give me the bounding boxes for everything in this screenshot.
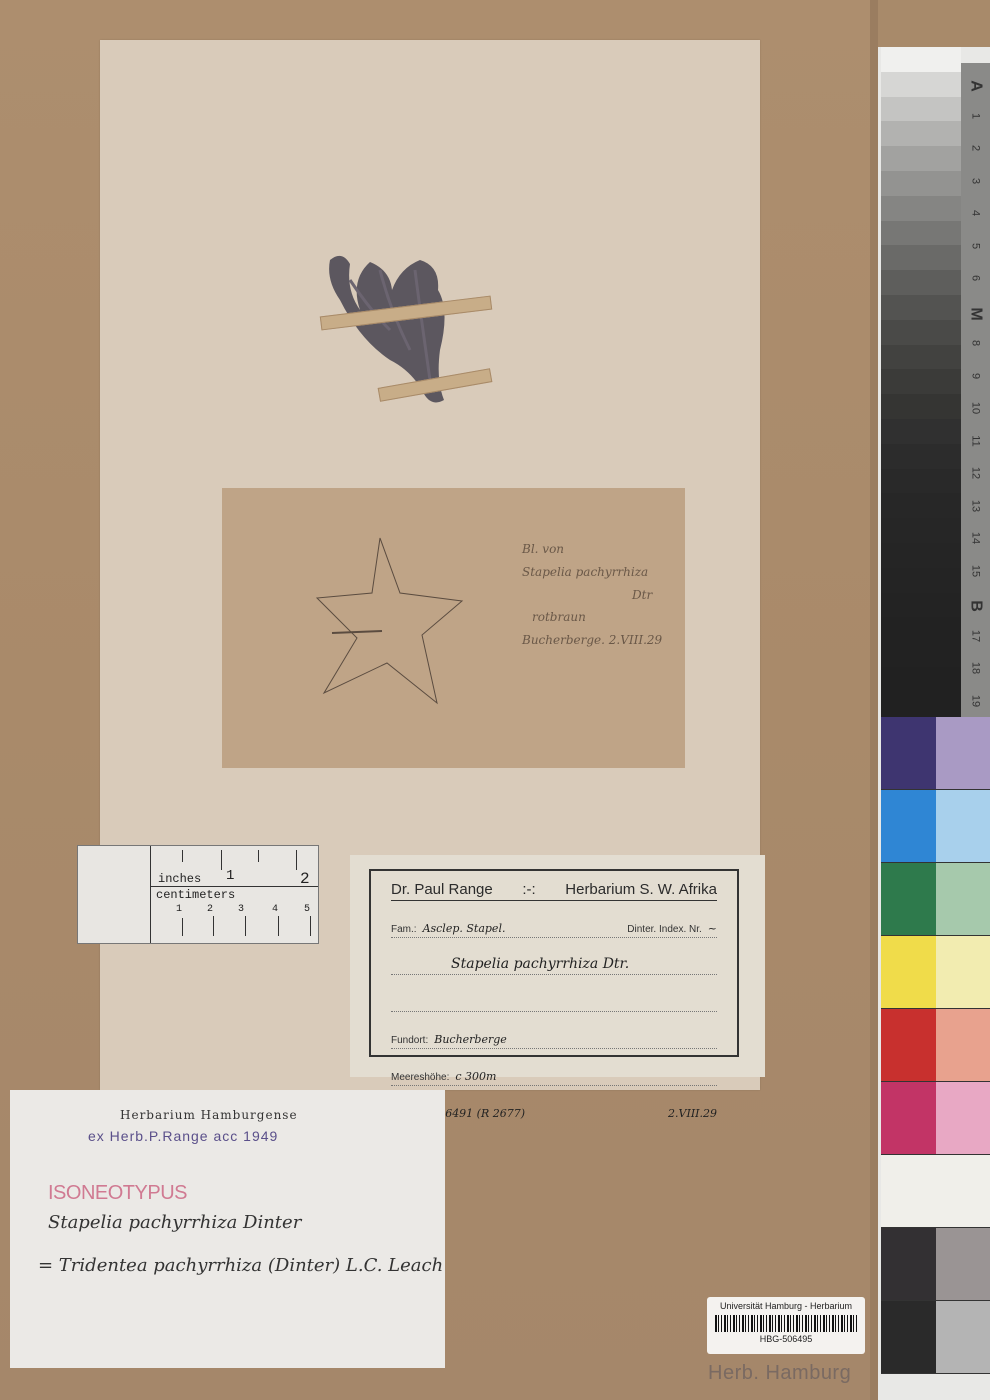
blank-row [391, 983, 717, 1012]
barcode-label: Universität Hamburg - Herbarium HBG-5064… [707, 1297, 865, 1354]
barcode [715, 1315, 857, 1332]
color-swatch [936, 1082, 990, 1155]
gray-step [881, 617, 961, 642]
gray-step [881, 97, 961, 122]
locality-row: Fundort: Bucherberge [391, 1020, 717, 1049]
gray-step [881, 692, 961, 717]
gray-scale-labels: A123456M89101112131415B171819 [961, 63, 990, 717]
gray-step [881, 196, 961, 221]
determination-name: Stapelia pachyrrhiza Dinter [48, 1212, 301, 1233]
color-swatch [881, 1301, 936, 1374]
collector-label-header: Dr. Paul Range :-: Herbarium S. W. Afrik… [391, 871, 717, 901]
scale-label: 8 [970, 331, 982, 356]
scale-label: 11 [970, 428, 982, 453]
gray-step [881, 419, 961, 444]
scale-label: 10 [970, 396, 982, 421]
scale-label: 2 [970, 136, 982, 161]
scale-label: 19 [970, 688, 982, 713]
gray-step [881, 369, 961, 394]
gray-step [881, 493, 961, 518]
gray-step [881, 518, 961, 543]
species-row: Stapelia pachyrrhiza Dtr. [391, 946, 717, 975]
gray-step [881, 295, 961, 320]
gray-step [881, 444, 961, 469]
gray-step [881, 469, 961, 494]
gray-step [881, 667, 961, 692]
scale-label: 9 [970, 363, 982, 388]
color-swatch [936, 1155, 990, 1228]
scale-label: 3 [970, 168, 982, 193]
scale-label: 14 [970, 526, 982, 551]
scale-label: 5 [970, 233, 982, 258]
type-status-stamp: ISONEOTYPUS [48, 1182, 187, 1205]
color-swatch [881, 1228, 936, 1301]
family-row: Fam.: Asclep. Stapel. Dinter. Index. Nr.… [391, 909, 717, 938]
gray-step [881, 72, 961, 97]
color-swatch [881, 1082, 936, 1155]
color-swatch [936, 1301, 990, 1374]
gray-step [881, 320, 961, 345]
gray-step [881, 221, 961, 246]
color-swatch [881, 936, 936, 1009]
color-swatch [881, 1155, 936, 1228]
collector-label: Dr. Paul Range :-: Herbarium S. W. Afrik… [350, 855, 765, 1077]
accession-stamp: ex Herb.P.Range acc 1949 [88, 1128, 278, 1144]
altitude-row: Meereshöhe: c 300m [391, 1057, 717, 1086]
color-swatch [936, 1228, 990, 1301]
color-swatch [881, 790, 936, 863]
sketch-notes: Bl. von Stapelia pachyrrhiza Dtr rotbrau… [522, 538, 662, 652]
color-swatch [881, 1009, 936, 1082]
color-swatch [936, 790, 990, 863]
gray-step [881, 245, 961, 270]
herbarium-hamburgense-label: Herbarium Hamburgense ex Herb.P.Range ac… [10, 1090, 445, 1368]
color-swatch [936, 1009, 990, 1082]
gray-step [881, 568, 961, 593]
scale-ruler: inches 1 2 centimeters 1 2 3 4 5 [77, 845, 319, 944]
synonym-name: = Tridentea pachyrrhiza (Dinter) L.C. Le… [38, 1255, 443, 1276]
scale-label: B [967, 594, 985, 619]
scale-label: 12 [970, 461, 982, 486]
color-swatch [936, 936, 990, 1009]
color-swatch [936, 863, 990, 936]
gray-step [881, 593, 961, 618]
scale-label: 17 [970, 623, 982, 648]
gray-step [881, 171, 961, 196]
scale-label: 6 [970, 266, 982, 291]
flower-sketch-label: Bl. von Stapelia pachyrrhiza Dtr rotbrau… [222, 488, 685, 768]
color-swatch [881, 863, 936, 936]
scale-label: 1 [970, 103, 982, 128]
gray-step [881, 121, 961, 146]
barcode-id: HBG-506495 [707, 1334, 865, 1344]
color-calibration-chart: A123456M89101112131415B171819 [878, 47, 990, 1400]
scale-label: 13 [970, 493, 982, 518]
gray-step [881, 642, 961, 667]
scale-label: 18 [970, 656, 982, 681]
gray-step [881, 543, 961, 568]
color-swatch [936, 717, 990, 790]
gray-step [881, 345, 961, 370]
scale-label: A [967, 74, 985, 99]
gray-step [881, 47, 961, 72]
board-edge [870, 0, 878, 1400]
herb-hamburg-stamp: Herb. Hamburg [708, 1362, 851, 1385]
scale-label: M [967, 301, 985, 326]
scale-label: 4 [970, 201, 982, 226]
gray-step [881, 146, 961, 171]
gray-scale-strip [881, 47, 961, 717]
color-swatch [881, 717, 936, 790]
gray-step [881, 394, 961, 419]
gray-step [881, 270, 961, 295]
scale-label: 15 [970, 558, 982, 583]
dried-flower-specimen [320, 250, 490, 410]
